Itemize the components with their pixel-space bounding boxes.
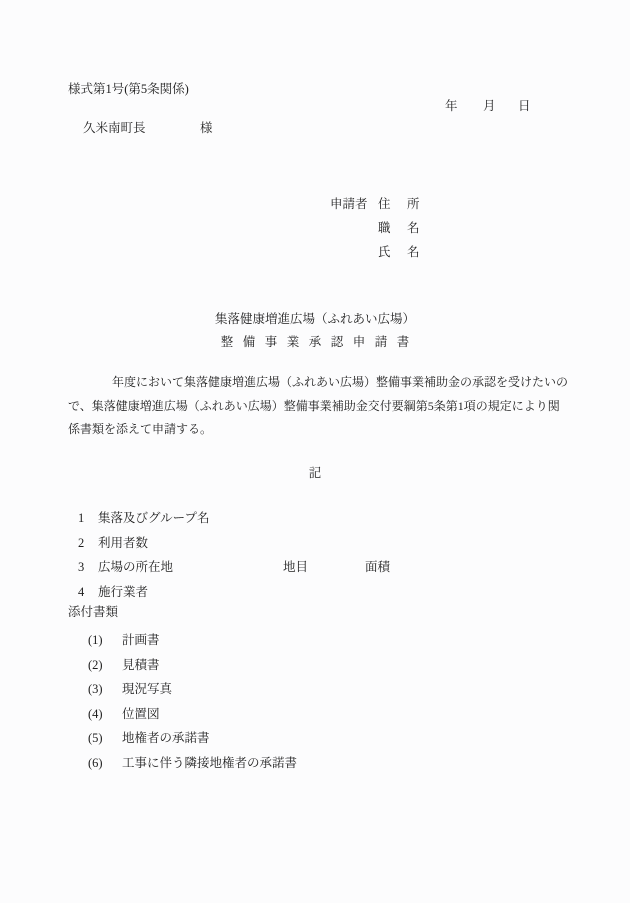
date-year-label: 年 <box>445 98 458 114</box>
attachment-item: (3)現況写真 <box>88 677 588 702</box>
item-number: 4 <box>78 580 98 605</box>
item-label: 利用者数 <box>98 536 148 550</box>
item-label: 広場の所在地 <box>98 560 173 574</box>
attachment-label: 工事に伴う隣接地権者の承諾書 <box>122 756 297 770</box>
attachment-item: (6)工事に伴う隣接地権者の承諾書 <box>88 751 588 776</box>
form-number: 様式第1号(第5条関係) <box>68 81 189 97</box>
addressee-line: 久米南町長 様 <box>0 120 630 136</box>
attachment-number: (4) <box>88 702 122 727</box>
record-items: 1集落及びグループ名 2利用者数 3広場の所在地 地目 面積 4施行業者 <box>78 506 598 604</box>
addressee-name: 久米南町長 <box>83 120 146 136</box>
attachment-number: (1) <box>88 628 122 653</box>
body-paragraph-line: 係書類を添えて申請する。 <box>68 418 588 442</box>
attachment-label: 見積書 <box>122 658 160 672</box>
applicant-name-label: 氏 名 <box>378 244 422 260</box>
list-item: 2利用者数 <box>78 531 598 556</box>
list-item: 1集落及びグループ名 <box>78 506 598 531</box>
item-label: 施行業者 <box>98 585 148 599</box>
list-item: 4施行業者 <box>78 580 598 605</box>
addressee-honorific: 様 <box>200 120 213 136</box>
attachment-label: 地権者の承諾書 <box>122 731 210 745</box>
applicant-job-title-row: 職 名 <box>0 220 630 236</box>
area-label: 面積 <box>365 555 390 580</box>
record-heading: 記 <box>0 465 630 481</box>
attachment-item: (1)計画書 <box>88 628 588 653</box>
body-paragraph-line: で、集落健康増進広場（ふれあい広場）整備事業補助金交付要綱第5条第1項の規定によ… <box>68 395 588 419</box>
attachment-label: 計画書 <box>122 633 160 647</box>
item-label: 集落及びグループ名 <box>98 511 210 525</box>
attachment-number: (2) <box>88 653 122 678</box>
attachment-item: (4)位置図 <box>88 702 588 727</box>
attachment-item: (2)見積書 <box>88 653 588 678</box>
document-title-line2: 整備事業承認申請書 <box>0 334 630 350</box>
attachment-number: (3) <box>88 677 122 702</box>
attachment-item: (5)地権者の承諾書 <box>88 726 588 751</box>
applicant-address-label: 住 所 <box>378 196 422 212</box>
date-day-label: 日 <box>518 98 531 114</box>
item-number: 2 <box>78 531 98 556</box>
attachment-number: (5) <box>88 726 122 751</box>
attachments-heading: 添付書類 <box>68 604 118 620</box>
list-item: 3広場の所在地 地目 面積 <box>78 555 598 580</box>
applicant-label: 申請者 <box>330 196 368 212</box>
document-page: 様式第1号(第5条関係) 年 月 日 久米南町長 様 申請者 住 所 職 名 氏… <box>0 0 630 903</box>
attachment-label: 位置図 <box>122 707 160 721</box>
item-number: 3 <box>78 555 98 580</box>
body-paragraph: 年度において集落健康増進広場（ふれあい広場）整備事業補助金の承認を受けたいの で… <box>68 371 588 442</box>
item-number: 1 <box>78 506 98 531</box>
document-title-line1: 集落健康増進広場（ふれあい広場） <box>0 311 630 327</box>
attachment-number: (6) <box>88 751 122 776</box>
applicant-address-row: 申請者 住 所 <box>0 196 630 212</box>
date-line: 年 月 日 <box>0 98 630 114</box>
applicant-name-row: 氏 名 <box>0 244 630 260</box>
attachment-label: 現況写真 <box>122 682 172 696</box>
date-month-label: 月 <box>483 98 496 114</box>
attachments-list: (1)計画書 (2)見積書 (3)現況写真 (4)位置図 (5)地権者の承諾書 … <box>88 628 588 775</box>
applicant-job-title-label: 職 名 <box>378 220 422 236</box>
body-paragraph-line: 年度において集落健康増進広場（ふれあい広場）整備事業補助金の承認を受けたいの <box>68 371 588 395</box>
land-category-label: 地目 <box>283 555 308 580</box>
